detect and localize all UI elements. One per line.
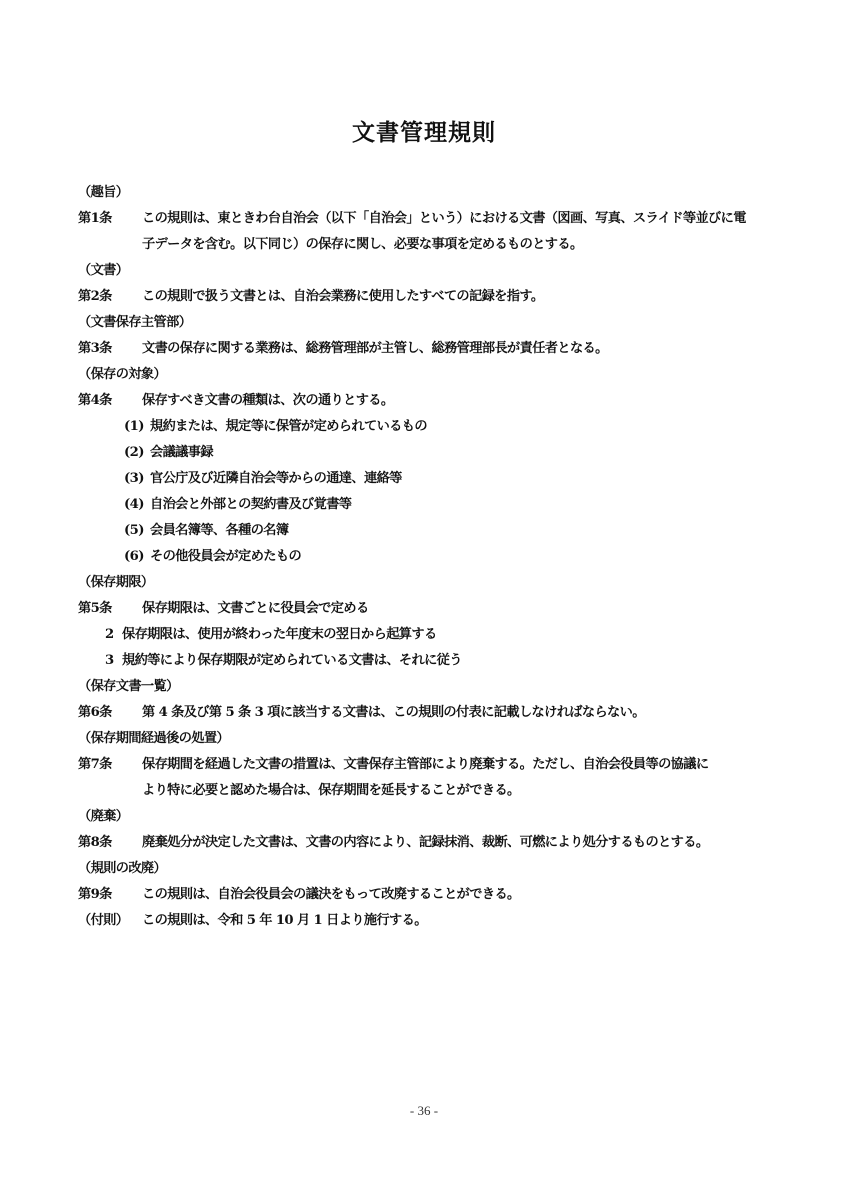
section-heading: （保存文書一覧） xyxy=(78,679,179,695)
article-text: 保存期限は、文書ごとに役員会で定める xyxy=(142,601,369,616)
article-continuation: 子データを含む。以下同じ）の保存に関し、必要な事項を定めるものとする。 xyxy=(142,237,583,253)
article-text: この規則は、自治会役員会の議決をもって改廃することができる。 xyxy=(142,887,520,902)
supplementary-label: （付則） xyxy=(78,913,142,929)
article-text: 廃棄処分が決定した文書は、文書の内容により、記録抹消、裁断、可燃により処分するも… xyxy=(142,835,708,850)
article-number: 第4条 xyxy=(78,393,142,409)
article-number: 第9条 xyxy=(78,887,142,903)
article-text: 保存期間を経過した文書の措置は、文書保存主管部により廃棄する。ただし、自治会役員… xyxy=(142,757,708,772)
section-heading: （規則の改廃） xyxy=(78,861,166,877)
section-heading: （廃棄） xyxy=(78,809,128,825)
supplementary-text: この規則は、令和 5 年 10 月 1 日より施行する。 xyxy=(142,913,427,928)
article-text: この規則は、東ときわ台自治会（以下「自治会」という）における文書（図画、写真、ス… xyxy=(142,211,746,226)
list-item: (4)自治会と外部との契約書及び覚書等 xyxy=(124,497,351,513)
article-number: 第7条 xyxy=(78,757,142,773)
article-number: 第8条 xyxy=(78,835,142,851)
article-number: 第3条 xyxy=(78,341,142,357)
article-8: 第8条廃棄処分が決定した文書は、文書の内容により、記録抹消、裁断、可燃により処分… xyxy=(78,835,708,851)
document-title: 文書管理規則 xyxy=(0,114,848,147)
list-item: (5)会員名簿等、各種の名簿 xyxy=(124,523,288,539)
article-text: この規則で扱う文書とは、自治会業務に使用したすべての記録を指す。 xyxy=(142,289,543,304)
article-number: 第6条 xyxy=(78,705,142,721)
article-number: 第2条 xyxy=(78,289,142,305)
section-heading: （保存期間経過後の処置） xyxy=(78,731,229,747)
list-item: (2)会議議事録 xyxy=(124,445,213,461)
article-1: 第1条この規則は、東ときわ台自治会（以下「自治会」という）における文書（図画、写… xyxy=(78,211,746,227)
paragraph-item: 3規約等により保存期限が定められている文書は、それに従う xyxy=(105,653,462,669)
article-number: 第1条 xyxy=(78,211,142,227)
list-item: (1)規約または、規定等に保管が定められているもの xyxy=(124,419,427,435)
article-number: 第5条 xyxy=(78,601,142,617)
article-7: 第7条保存期間を経過した文書の措置は、文書保存主管部により廃棄する。ただし、自治… xyxy=(78,757,708,773)
article-4: 第4条保存すべき文書の種類は、次の通りとする。 xyxy=(78,393,393,409)
page-number: - 36 - xyxy=(0,1103,848,1119)
article-text: 文書の保存に関する業務は、総務管理部が主管し、総務管理部長が責任者となる。 xyxy=(142,341,608,356)
section-heading: （趣旨） xyxy=(78,185,128,201)
article-3: 第3条文書の保存に関する業務は、総務管理部が主管し、総務管理部長が責任者となる。 xyxy=(78,341,608,357)
article-text: 第 4 条及び第 5 条 3 項に該当する文書は、この規則の付表に記載しなければ… xyxy=(142,705,645,720)
supplementary-provision: （付則）この規則は、令和 5 年 10 月 1 日より施行する。 xyxy=(78,913,427,929)
article-9: 第9条この規則は、自治会役員会の議決をもって改廃することができる。 xyxy=(78,887,520,903)
paragraph-item: 2保存期限は、使用が終わった年度末の翌日から起算する xyxy=(105,627,437,643)
article-6: 第6条第 4 条及び第 5 条 3 項に該当する文書は、この規則の付表に記載しな… xyxy=(78,705,645,721)
article-continuation: より特に必要と認めた場合は、保存期間を延長することができる。 xyxy=(142,783,520,799)
section-heading: （保存の対象） xyxy=(78,367,166,383)
article-2: 第2条この規則で扱う文書とは、自治会業務に使用したすべての記録を指す。 xyxy=(78,289,543,305)
list-item: (6)その他役員会が定めたもの xyxy=(124,549,301,565)
section-heading: （文書） xyxy=(78,263,128,279)
article-text: 保存すべき文書の種類は、次の通りとする。 xyxy=(142,393,393,408)
section-heading: （保存期限） xyxy=(78,575,154,591)
list-item: (3)官公庁及び近隣自治会等からの通達、連絡等 xyxy=(124,471,402,487)
article-5: 第5条保存期限は、文書ごとに役員会で定める xyxy=(78,601,369,617)
section-heading: （文書保存主管部） xyxy=(78,315,191,331)
